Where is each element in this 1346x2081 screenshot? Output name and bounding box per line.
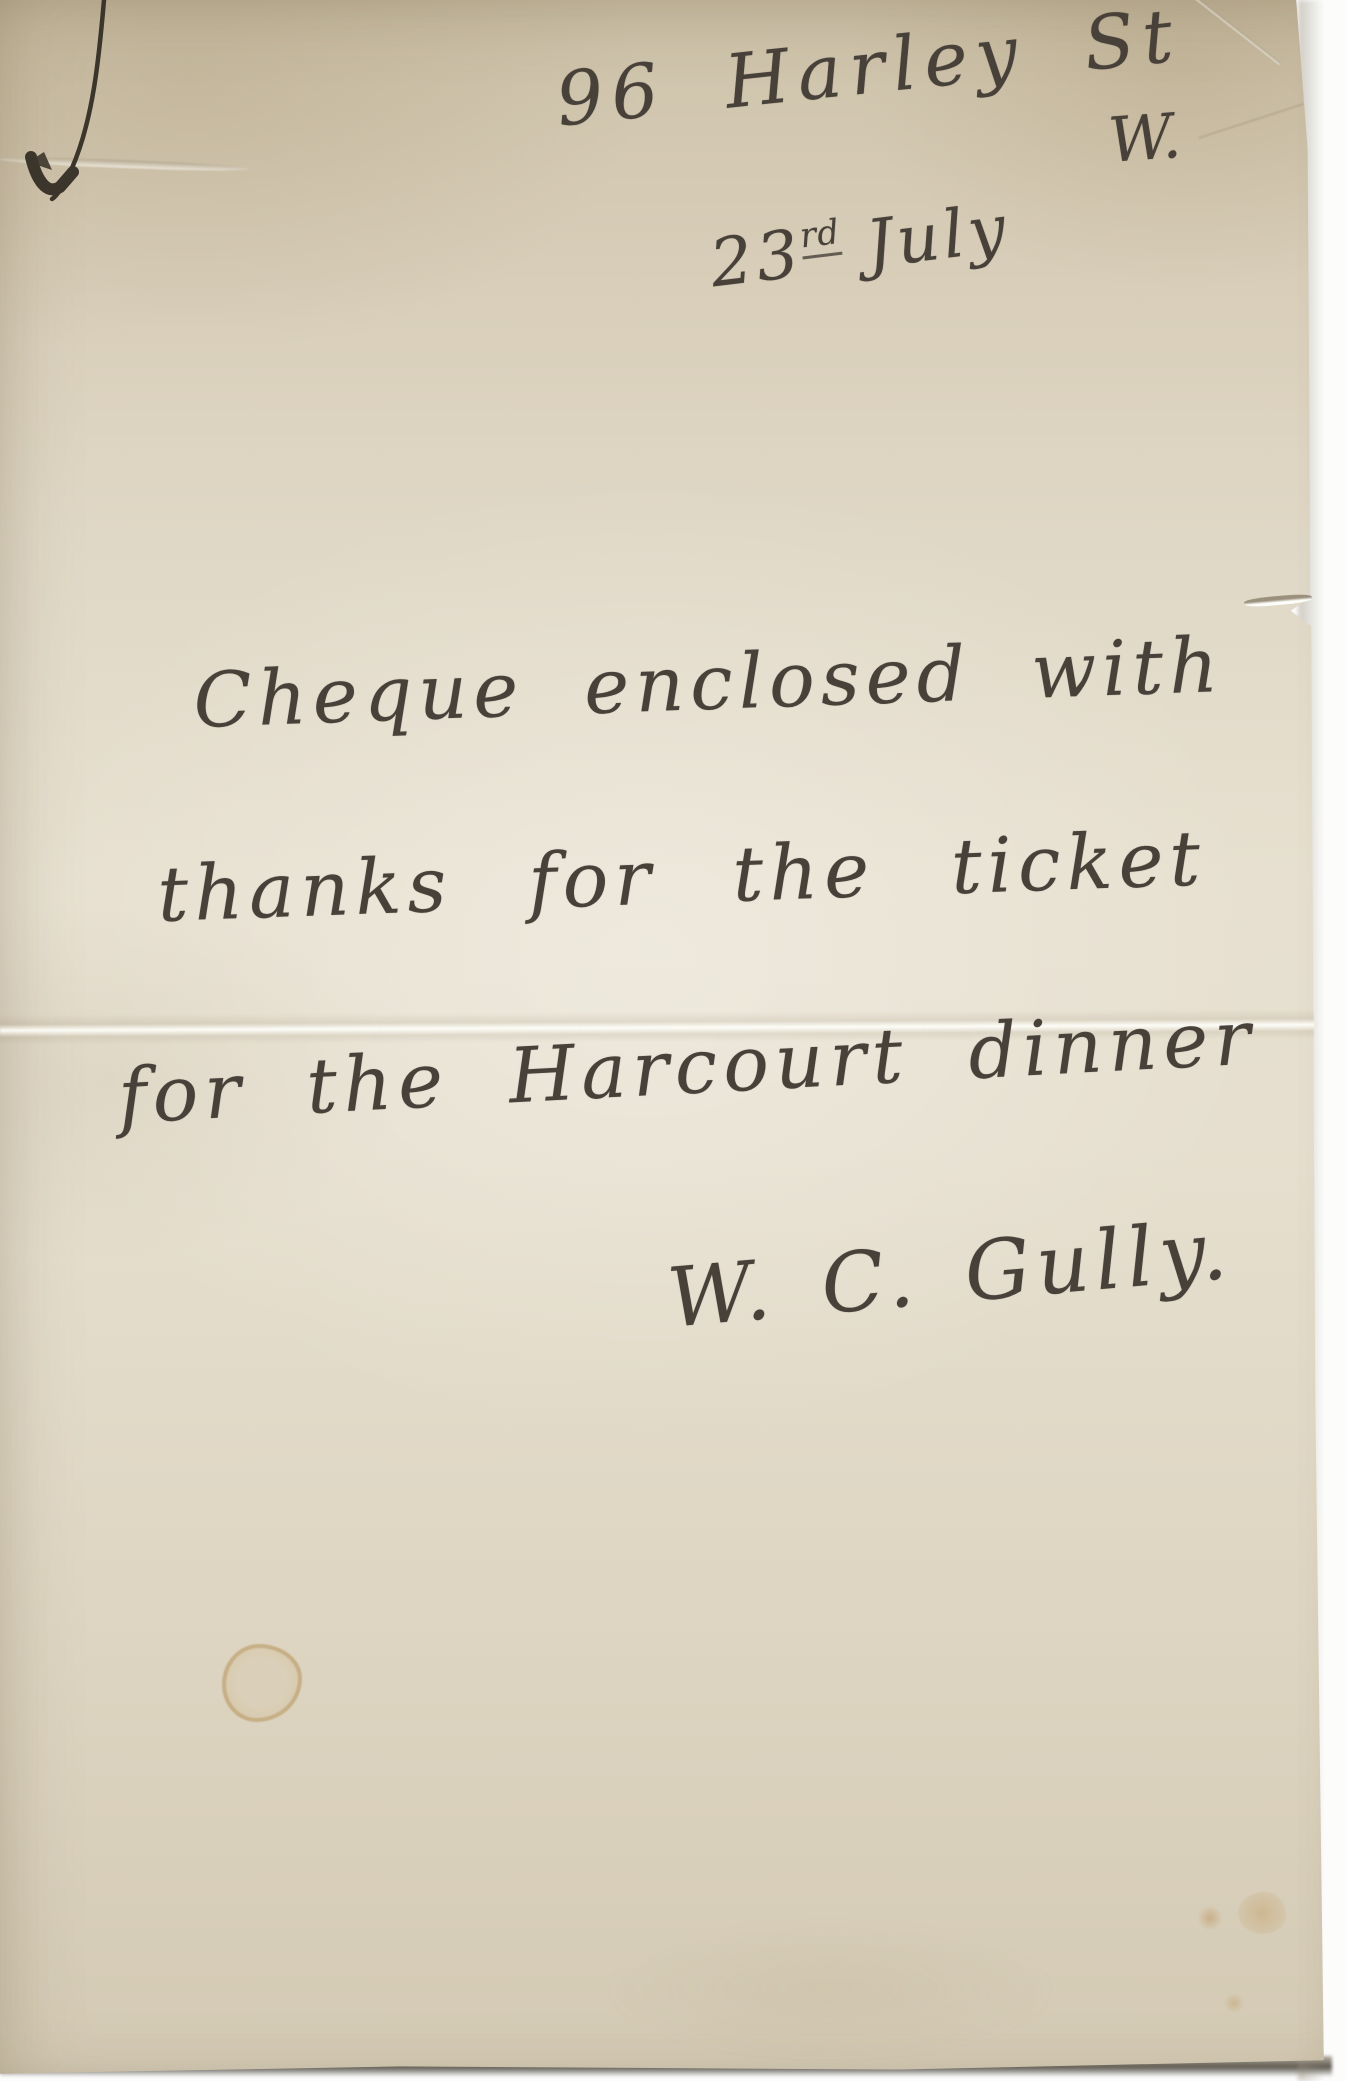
date-day: 23 xyxy=(706,215,807,303)
letter-scan: 96 Harley St W. 23rd July Cheque enclose… xyxy=(0,0,1346,2081)
pen-check-mark xyxy=(0,0,230,240)
address-line2: W. xyxy=(1106,99,1184,177)
date-ordinal: rd xyxy=(798,212,843,260)
